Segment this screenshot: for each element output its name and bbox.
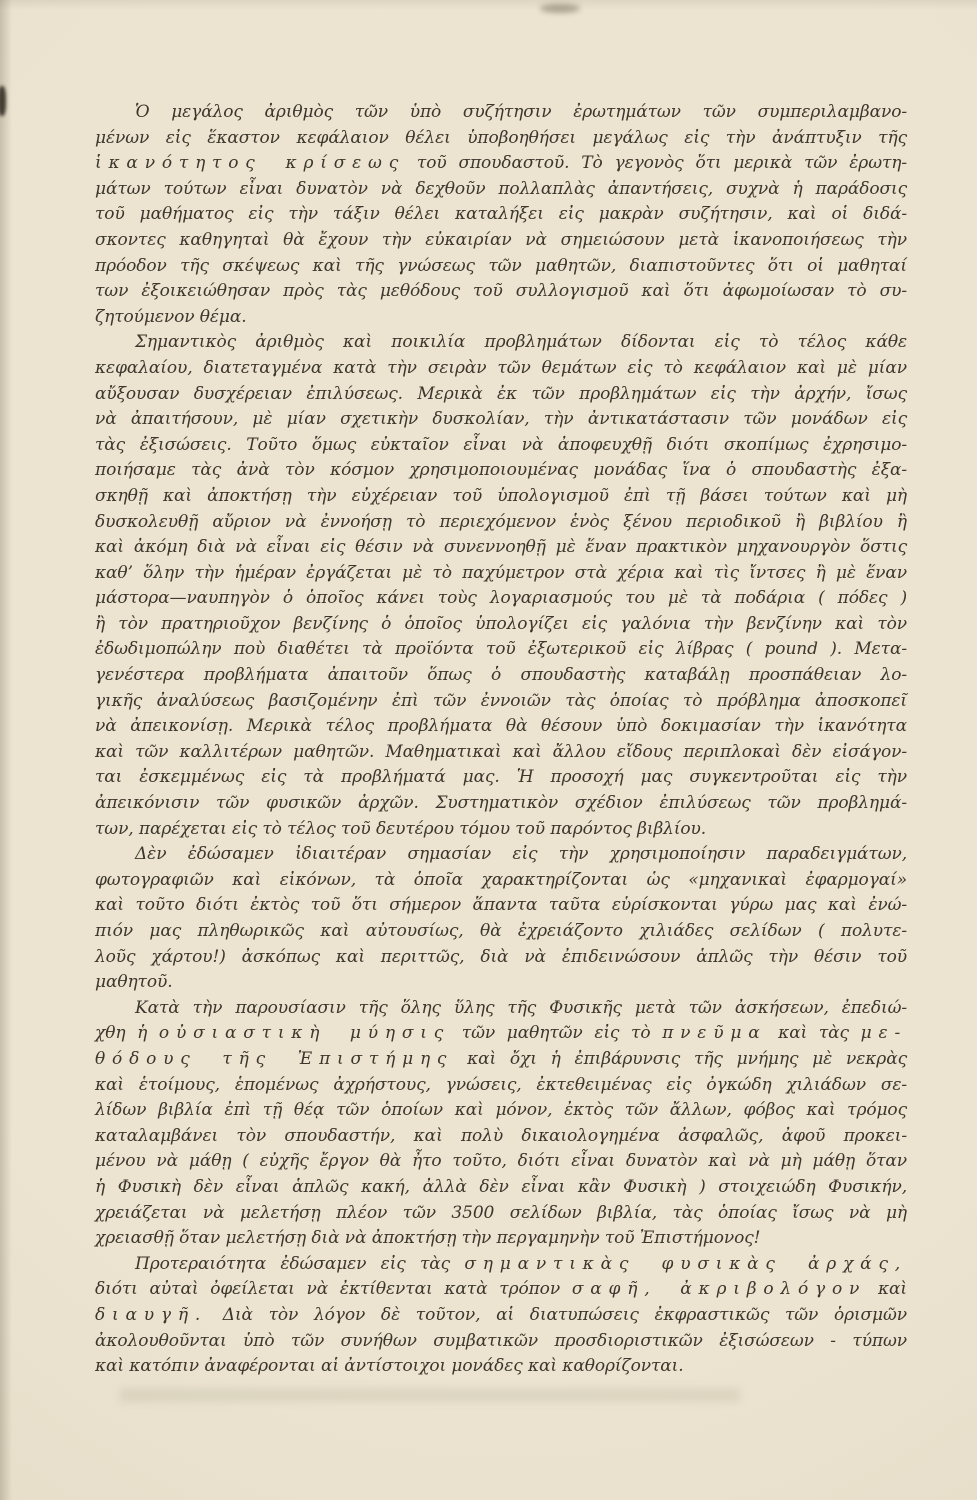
body-text: λοῦς χάρτου!) ἀσκόπως καὶ περιττῶς, διὰ …	[95, 947, 907, 967]
text-line: Ὁ μεγάλος ἀριθμὸς τῶν ὑπὸ συζήτησιν ἐρωτ…	[95, 100, 907, 126]
emphasized-text: πνεῦμα	[662, 1023, 766, 1043]
text-line: μένων εἰς ἕκαστον κεφάλαιον θέλει ὑποβοη…	[95, 126, 907, 152]
body-text: χρειασθῇ ὅταν μελετήσῃ διὰ νὰ ἀποκτήσῃ τ…	[95, 1228, 760, 1248]
text-line: λοῦς χάρτου!) ἀσκόπως καὶ περιττῶς, διὰ …	[95, 945, 907, 971]
text-line: χρειασθῇ ὅταν μελετήσῃ διὰ νὰ ἀποκτήσῃ τ…	[95, 1226, 907, 1252]
text-line: Προτεραιότητα ἐδώσαμεν εἰς τὰς σημαντικὰ…	[95, 1252, 907, 1278]
text-line: μάστορα—ναυπηγὸν ὁ ὁποῖος κάνει τοὺς λογ…	[95, 586, 907, 612]
emphasized-text: σημαντικὰς φυσικὰς ἀρχάς,	[464, 1254, 907, 1274]
text-line: σκηθῇ καὶ ἀποκτήσῃ τὴν εὐχέρειαν τοῦ ὑπο…	[95, 484, 907, 510]
text-line: ἡ Φυσικὴ δὲν εἶναι ἁπλῶς κακή, ἀλλὰ δὲν …	[95, 1175, 907, 1201]
text-line: μαθητοῦ.	[95, 970, 907, 996]
text-line: σκοντες καθηγηταὶ θὰ ἔχουν τὴν εὐκαιρίαν…	[95, 228, 907, 254]
emphasized-text: ἱκανότητος κρίσεως	[95, 153, 405, 173]
body-text: καὶ ἑτοίμους, ἑπομένως ἀχρήστους, γνώσει…	[95, 1075, 907, 1095]
body-text: Σημαντικὸς ἀριθμὸς καὶ ποικιλία προβλημά…	[135, 332, 907, 352]
body-text: καὶ ἀκόμη διὰ νὰ εἶναι εἰς θέσιν νὰ συνε…	[95, 537, 907, 557]
text-line: καὶ τοῦτο διότι ἐκτὸς τοῦ ὅτι σήμερον ἅπ…	[95, 893, 907, 919]
emphasized-text: οὐσιαστικὴ μύησις	[159, 1023, 450, 1043]
paragraph-5: Προτεραιότητα ἐδώσαμεν εἰς τὰς σημαντικὰ…	[95, 1252, 907, 1380]
body-text: χθη ἡ	[95, 1023, 159, 1043]
text-line: των ἐξοικειώθησαν πρὸς τὰς μεθόδους τοῦ …	[95, 279, 907, 305]
body-text: γενέστερα προβλήματα ἀπαιτοῦν ὅπως ὁ σπο…	[95, 665, 907, 685]
body-text: καὶ	[866, 1279, 907, 1299]
text-line: καταλαμβάνει τὸν σπουδαστήν, καὶ πολὺ δι…	[95, 1124, 907, 1150]
paragraph-4: Κατὰ τὴν παρουσίασιν τῆς ὅλης ὕλης τῆς Φ…	[95, 996, 907, 1252]
text-line: διαυγῆ. Διὰ τὸν λόγον δὲ τοῦτον, αἱ διατ…	[95, 1303, 907, 1329]
body-text: ποιήσαμε τὰς ἀνὰ τὸν κόσμον χρησιμοποιου…	[95, 460, 907, 480]
text-block: Ὁ μεγάλος ἀριθμὸς τῶν ὑπὸ συζήτησιν ἐρωτ…	[95, 100, 907, 1380]
text-line: κεφαλαίου, διατεταγμένα κατὰ τὴν σειρὰν …	[95, 356, 907, 382]
body-text: γικῆς ἀναλύσεως βασιζομένην ἐπὶ τῶν ἐννο…	[95, 691, 907, 711]
text-line: ται ἐσκεμμένως εἰς τὰ προβλήματά μας. Ἡ …	[95, 765, 907, 791]
body-text: μένου νὰ μάθῃ ( εὐχῆς ἔργον θὰ ἦτο τοῦτο…	[95, 1151, 907, 1171]
body-text: ται ἐσκεμμένως εἰς τὰ προβλήματά μας. Ἡ …	[95, 767, 907, 787]
body-text: καὶ τῶν καλλιτέρων μαθητῶν. Μαθηματικαὶ …	[95, 742, 907, 762]
paragraph-1: Ὁ μεγάλος ἀριθμὸς τῶν ὑπὸ συζήτησιν ἐρωτ…	[95, 100, 907, 330]
body-text: λίδων βιβλία ἐπὶ τῇ θέᾳ τῶν ὁποίων καὶ μ…	[95, 1100, 907, 1120]
text-line: πρόοδον τῆς σκέψεως καὶ τῆς γνώσεως τῶν …	[95, 254, 907, 280]
text-line: ἐδωδιμοπώλην ποὺ διαθέτει τὰ προϊόντα το…	[95, 637, 907, 663]
body-text: μάτων τούτων εἶναι δυνατὸν νὰ δεχθοῦν πο…	[95, 179, 907, 199]
body-text: μάστορα—ναυπηγὸν ὁ ὁποῖος κάνει τοὺς λογ…	[95, 588, 907, 608]
scan-showthrough-bottom	[120, 1388, 740, 1402]
body-text: ἀπεικόνισιν τῶν φυσικῶν ἀρχῶν. Συστηματι…	[95, 793, 907, 813]
body-text: Ὁ μεγάλος ἀριθμὸς τῶν ὑπὸ συζήτησιν ἐρωτ…	[135, 102, 907, 122]
text-line: τοῦ μαθήματος εἰς τὴν τάξιν θέλει καταλή…	[95, 202, 907, 228]
body-text: ἀκολουθοῦνται ὑπὸ τῶν συνήθων συμβατικῶν…	[95, 1331, 907, 1351]
text-line: νὰ ἀπεικονίσῃ. Μερικὰ τέλος προβλήματα θ…	[95, 714, 907, 740]
text-line: χρειάζεται νὰ μελετήσῃ πλέον τῶν 3500 σε…	[95, 1201, 907, 1227]
body-text: σκοντες καθηγηταὶ θὰ ἔχουν τὴν εὐκαιρίαν…	[95, 230, 907, 250]
text-line: νὰ ἀπαιτήσουν, μὲ μίαν σχετικὴν δυσκολία…	[95, 407, 907, 433]
text-line: φωτογραφιῶν καὶ εἰκόνων, τὰ ὁποῖα χαρακτ…	[95, 868, 907, 894]
text-line: ἀκολουθοῦνται ὑπὸ τῶν συνήθων συμβατικῶν…	[95, 1329, 907, 1355]
text-line: γενέστερα προβλήματα ἀπαιτοῦν ὅπως ὁ σπο…	[95, 663, 907, 689]
text-line: χθη ἡ οὐσιαστικὴ μύησις τῶν μαθητῶν εἰς …	[95, 1021, 907, 1047]
body-text: Κατὰ τὴν παρουσίασιν τῆς ὅλης ὕλης τῆς Φ…	[135, 998, 907, 1018]
text-line: καὶ ἀκόμη διὰ νὰ εἶναι εἰς θέσιν νὰ συνε…	[95, 535, 907, 561]
body-text: μαθητοῦ.	[95, 972, 173, 992]
text-line: καὶ κατόπιν ἀναφέρονται αἱ ἀντίστοιχοι μ…	[95, 1354, 907, 1380]
text-line: καὶ ἑτοίμους, ἑπομένως ἀχρήστους, γνώσει…	[95, 1073, 907, 1099]
emphasized-text: σαφῆ, ἀκριβολόγον	[572, 1279, 866, 1299]
body-text: ζητούμενον θέμα.	[95, 307, 247, 327]
text-line: μάτων τούτων εἶναι δυνατὸν νὰ δεχθοῦν πο…	[95, 177, 907, 203]
body-text: κεφαλαίου, διατεταγμένα κατὰ τὴν σειρὰν …	[95, 358, 907, 378]
text-line: ποιήσαμε τὰς ἀνὰ τὸν κόσμον χρησιμοποιου…	[95, 458, 907, 484]
body-text: καὶ τοῦτο διότι ἐκτὸς τοῦ ὅτι σήμερον ἅπ…	[95, 895, 907, 915]
text-line: ἀπεικόνισιν τῶν φυσικῶν ἀρχῶν. Συστηματι…	[95, 791, 907, 817]
body-text: τὰς ἐξισώσεις. Τοῦτο ὅμως εὐκταῖον εἶναι…	[95, 435, 907, 455]
body-text: νὰ ἀπεικονίσῃ. Μερικὰ τέλος προβλήματα θ…	[95, 716, 907, 736]
emphasized-text: διαυγῆ.	[95, 1305, 207, 1325]
body-text: καὶ ὄχι ἡ ἐπιβάρυνσις τῆς μνήμης μὲ νεκρ…	[453, 1049, 907, 1069]
text-line: λίδων βιβλία ἐπὶ τῇ θέᾳ τῶν ὁποίων καὶ μ…	[95, 1098, 907, 1124]
body-text: χρειάζεται νὰ μελετήσῃ πλέον τῶν 3500 σε…	[95, 1203, 907, 1223]
scan-mark-left-edge	[0, 86, 6, 116]
text-line: των, παρέχεται εἰς τὸ τέλος τοῦ δευτέρου…	[95, 817, 907, 843]
body-text: ἡ Φυσικὴ δὲν εἶναι ἁπλῶς κακή, ἀλλὰ δὲν …	[95, 1177, 907, 1197]
emphasized-text: θόδους τῆς Ἐπιστήμης	[95, 1049, 453, 1069]
body-text: διότι αὐταὶ ὀφείλεται νὰ ἐκτίθενται κατὰ…	[95, 1279, 572, 1299]
body-text: καταλαμβάνει τὸν σπουδαστήν, καὶ πολὺ δι…	[95, 1126, 907, 1146]
text-line: Σημαντικὸς ἀριθμὸς καὶ ποικιλία προβλημά…	[95, 330, 907, 356]
body-text: ἢ τὸν πρατηριοῦχον βενζίνης ὁ ὁποῖος ὑπο…	[95, 614, 907, 634]
paragraph-3: Δὲν ἐδώσαμεν ἰδιαιτέραν σημασίαν εἰς τὴν…	[95, 842, 907, 996]
body-text: μένων εἰς ἕκαστον κεφάλαιον θέλει ὑποβοη…	[95, 128, 907, 148]
text-line: πιόν μας πληθωρικῶς καὶ αὐτουσίως, θὰ ἐχ…	[95, 919, 907, 945]
body-text: των ἐξοικειώθησαν πρὸς τὰς μεθόδους τοῦ …	[95, 281, 907, 301]
text-line: αὔξουσαν δυσχέρειαν ἐπιλύσεως. Μερικὰ ἐκ…	[95, 382, 907, 408]
text-line: θόδους τῆς Ἐπιστήμης καὶ ὄχι ἡ ἐπιβάρυνσ…	[95, 1047, 907, 1073]
text-line: ἱκανότητος κρίσεως τοῦ σπουδαστοῦ. Τὸ γε…	[95, 151, 907, 177]
body-text: των, παρέχεται εἰς τὸ τέλος τοῦ δευτέρου…	[95, 819, 706, 839]
text-line: γικῆς ἀναλύσεως βασιζομένην ἐπὶ τῶν ἐννο…	[95, 689, 907, 715]
body-text: Προτεραιότητα ἐδώσαμεν εἰς τὰς	[135, 1254, 464, 1274]
emphasized-text: με-	[861, 1023, 907, 1043]
body-text: πιόν μας πληθωρικῶς καὶ αὐτουσίως, θὰ ἐχ…	[95, 921, 907, 941]
body-text: καὶ κατόπιν ἀναφέρονται αἱ ἀντίστοιχοι μ…	[95, 1356, 684, 1376]
text-line: δυσκολευθῇ αὔριον νὰ ἐννοήσῃ τὸ περιεχόμ…	[95, 510, 907, 536]
body-text: Δὲν ἐδώσαμεν ἰδιαιτέραν σημασίαν εἰς τὴν…	[135, 844, 907, 864]
body-text: νὰ ἀπαιτήσουν, μὲ μίαν σχετικὴν δυσκολία…	[95, 409, 907, 429]
book-page: Ὁ μεγάλος ἀριθμὸς τῶν ὑπὸ συζήτησιν ἐρωτ…	[0, 0, 977, 1500]
body-text: καθ’ ὅλην τὴν ἡμέραν ἐργάζεται μὲ τὸ παχ…	[95, 563, 907, 583]
text-line: Κατὰ τὴν παρουσίασιν τῆς ὅλης ὕλης τῆς Φ…	[95, 996, 907, 1022]
body-text: φωτογραφιῶν καὶ εἰκόνων, τὰ ὁποῖα χαρακτ…	[95, 870, 907, 890]
text-line: ζητούμενον θέμα.	[95, 305, 907, 331]
body-text: καὶ τὰς	[766, 1023, 860, 1043]
body-text: σκηθῇ καὶ ἀποκτήσῃ τὴν εὐχέρειαν τοῦ ὑπο…	[95, 486, 907, 506]
text-line: ἢ τὸν πρατηριοῦχον βενζίνης ὁ ὁποῖος ὑπο…	[95, 612, 907, 638]
text-line: τὰς ἐξισώσεις. Τοῦτο ὅμως εὐκταῖον εἶναι…	[95, 433, 907, 459]
body-text: τοῦ μαθήματος εἰς τὴν τάξιν θέλει καταλή…	[95, 204, 907, 224]
body-text: ἐδωδιμοπώλην ποὺ διαθέτει τὰ προϊόντα το…	[95, 639, 907, 659]
body-text: Διὰ τὸν λόγον δὲ τοῦτον, αἱ διατυπώσεις …	[207, 1305, 907, 1325]
paragraph-2: Σημαντικὸς ἀριθμὸς καὶ ποικιλία προβλημά…	[95, 330, 907, 842]
body-text: τῶν μαθητῶν εἰς τὸ	[450, 1023, 662, 1043]
text-line: μένου νὰ μάθῃ ( εὐχῆς ἔργον θὰ ἦτο τοῦτο…	[95, 1149, 907, 1175]
text-line: διότι αὐταὶ ὀφείλεται νὰ ἐκτίθενται κατὰ…	[95, 1277, 907, 1303]
body-text: τοῦ σπουδαστοῦ. Τὸ γεγονὸς ὅτι μερικὰ τῶ…	[405, 153, 907, 173]
text-line: καὶ τῶν καλλιτέρων μαθητῶν. Μαθηματικαὶ …	[95, 740, 907, 766]
body-text: πρόοδον τῆς σκέψεως καὶ τῆς γνώσεως τῶν …	[95, 256, 907, 276]
scan-smudge-top	[540, 4, 580, 13]
text-line: Δὲν ἐδώσαμεν ἰδιαιτέραν σημασίαν εἰς τὴν…	[95, 842, 907, 868]
body-text: αὔξουσαν δυσχέρειαν ἐπιλύσεως. Μερικὰ ἐκ…	[95, 384, 907, 404]
body-text: δυσκολευθῇ αὔριον νὰ ἐννοήσῃ τὸ περιεχόμ…	[95, 512, 907, 532]
text-line: καθ’ ὅλην τὴν ἡμέραν ἐργάζεται μὲ τὸ παχ…	[95, 561, 907, 587]
